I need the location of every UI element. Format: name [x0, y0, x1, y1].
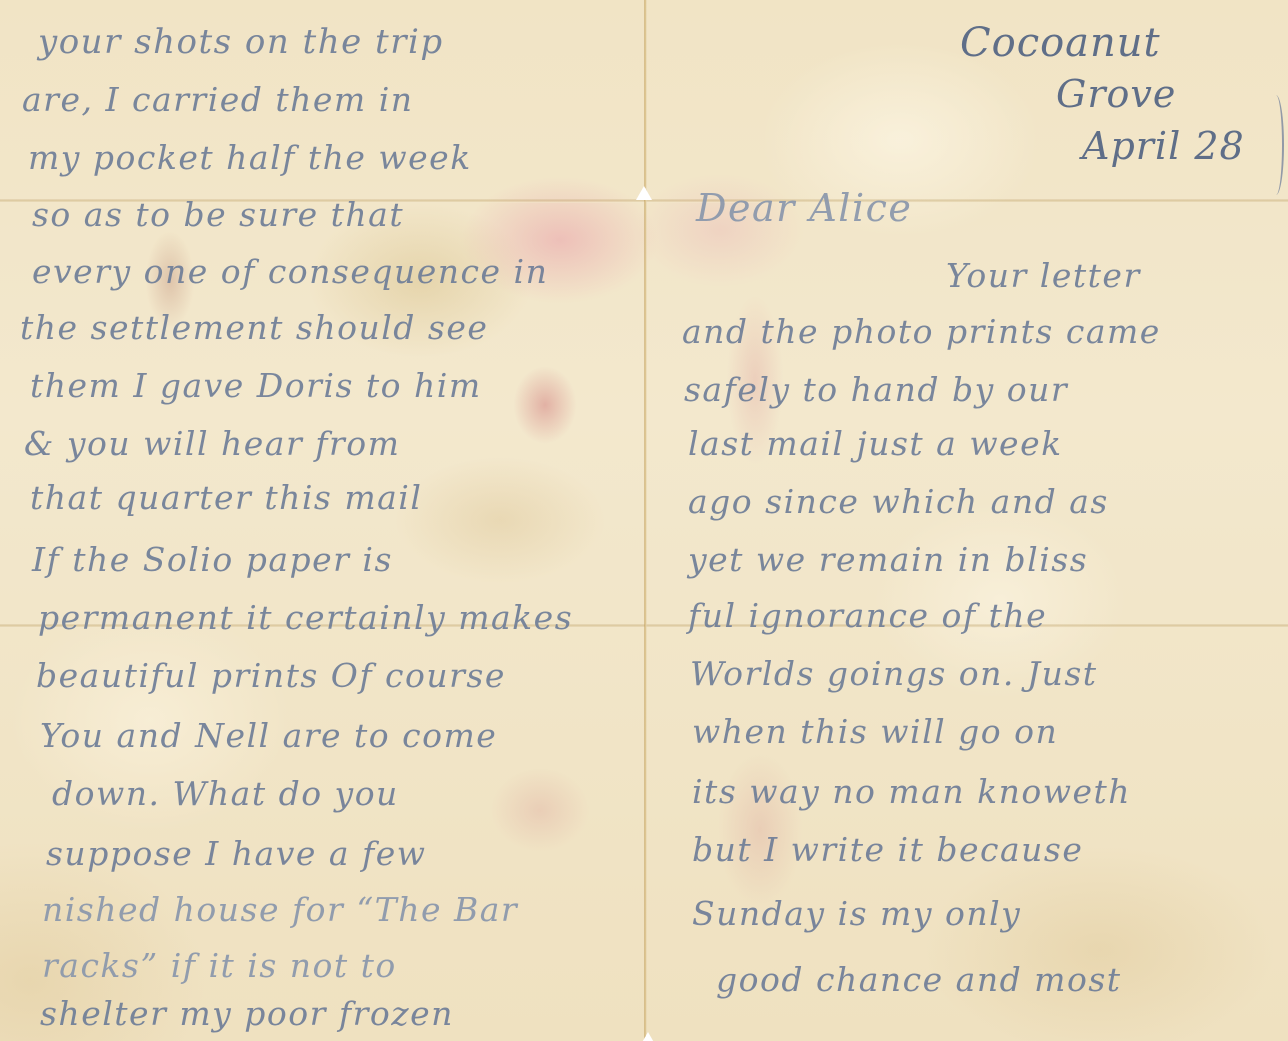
letter-line: Your letter [946, 256, 1141, 295]
letter-line: Sunday is my only [692, 894, 1021, 933]
letter-line: & you will hear from [24, 424, 400, 463]
letter-line: If the Solio paper is [32, 540, 393, 579]
letter-line: and the photo prints came [682, 312, 1161, 351]
letter-line: the settlement should see [20, 308, 488, 347]
letter-line: them I gave Doris to him [30, 366, 482, 405]
letter-line: that quarter this mail [30, 478, 422, 517]
letter-line: safely to hand by our [684, 370, 1068, 409]
letter-sheet: your shots on the trip are, I carried th… [0, 0, 1288, 1041]
letter-line: permanent it certainly makes [38, 598, 573, 637]
letter-line: shelter my poor frozen [40, 994, 454, 1033]
letter-line: last mail just a week [688, 424, 1063, 463]
letter-line: its way no man knoweth [692, 772, 1131, 811]
letter-line: ful ignorance of the [688, 596, 1047, 635]
fold-crease-center [644, 0, 647, 1041]
letter-line: but I write it because [692, 830, 1083, 869]
letter-line: are, I carried them in [22, 80, 414, 119]
letter-date: April 28 [1082, 124, 1245, 168]
letter-line: suppose I have a few [46, 834, 427, 873]
letter-line: so as to be sure that [32, 195, 404, 234]
letter-line: every one of consequence in [32, 252, 548, 291]
letter-line: Worlds goings on. Just [690, 654, 1098, 693]
letter-line: ago since which and as [688, 482, 1109, 521]
letter-line: yet we remain in bliss [688, 540, 1088, 579]
letter-place-line1: Cocoanut [960, 20, 1161, 66]
letter-line: my pocket half the week [28, 138, 472, 177]
letter-line: your shots on the trip [38, 22, 444, 62]
letter-line: when this will go on [692, 712, 1058, 751]
date-bracket-mark [1268, 95, 1284, 195]
letter-line: good chance and most [716, 960, 1122, 999]
letter-line: nished house for “The Bar [42, 890, 518, 929]
letter-line: racks” if it is not to [42, 946, 397, 985]
letter-line: down. What do you [52, 774, 399, 813]
letter-line: beautiful prints Of course [36, 656, 506, 695]
left-page: your shots on the trip are, I carried th… [0, 0, 644, 1041]
right-page: Cocoanut Grove April 28 Dear Alice Your … [648, 0, 1288, 1041]
letter-line: You and Nell are to come [40, 716, 497, 755]
letter-salutation: Dear Alice [696, 186, 912, 230]
letter-place-line2: Grove [1056, 72, 1176, 116]
